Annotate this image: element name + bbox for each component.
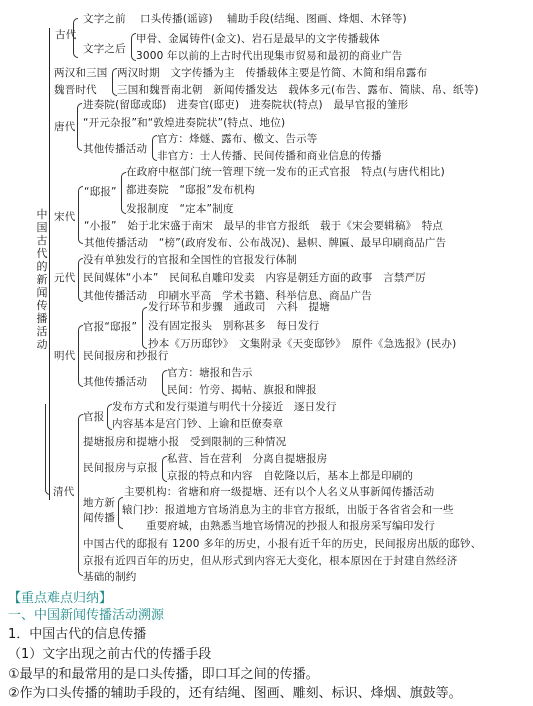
ming-label: 明代 [54, 350, 75, 363]
hanwei-label: 两汉和三国 [54, 67, 108, 80]
qing-summary-line: 京报有近四百年的历史，但从形式到内容无大变化，根本原因在于封建自然经济 [83, 555, 458, 568]
yuan-item: 没有单独发行的官报和全国性的官报发行体制 [83, 254, 297, 267]
ming-minjian: 民间报房和抄报行 [83, 350, 169, 363]
notes-heading: 【重点难点归纳】 [8, 590, 112, 608]
yuan-item: 民间媒体“小本” 民间私自雕印发卖 内容是朝廷方面的政事 言禁严厉 [83, 272, 426, 285]
ming-other-label: 其他传播活动 [83, 376, 147, 389]
qing-label: 清代 [53, 486, 74, 499]
song-dibao-item: 都进奏院 “邸报”发布机构 [126, 184, 255, 197]
ming-other-item: 官方：塘报和告示 [167, 367, 253, 380]
tang-bracket [77, 103, 82, 151]
qing-summary-line: 中国古代的邸报有 1200 多年的历史，小报有近千年的历史，民间报房出版的邸钞、 [83, 538, 481, 551]
tang-other-item: 非官方：士人传播、民间传播和商业信息的传播 [157, 150, 382, 163]
tang-other-label: 其他传播活动 [83, 143, 147, 156]
hanwei-label: 魏晋时代 [54, 84, 97, 97]
song-xiaobao: “小报” 始于北宋盛于南宋 最早的非官方报纸 载于《宋会要辑稿》 特点 [84, 220, 443, 233]
sub-subsection-title: （1）文字出现之前古代的传播手段 [8, 646, 211, 664]
song-bracket [78, 186, 83, 244]
qing-difang-item: 重要府城，由熟悉当地官场情况的抄报人和报房采写编印发行 [146, 520, 435, 533]
qing-difang-item: 主要机构：省塘和府一级提塘、还有以个人名义从事新闻传播活动 [124, 486, 434, 499]
qing-difang-label: 闻传播 [83, 512, 115, 525]
ming-dibao-label: 官报“邸报” [83, 321, 137, 334]
tang-item: 进奏院(留邸或邸) 进奏官(邸吏) 进奏院状(特点) 最早官报的雏形 [83, 99, 408, 112]
song-label: 宋代 [54, 211, 75, 224]
gudai-after-item: 甲骨、金属铸件(金文)、岩石是最早的文字传播载体 [136, 33, 380, 46]
qing-minjian-item: 私营、旨在营利 分离自提塘报房 [167, 453, 328, 466]
ming-dibao-item: 抄本《万历邸钞》 文集附录《天变邸钞》 原件《急选报》(民办) [148, 338, 456, 351]
gudai-after-item: 3000 年以前的上古时代出现集市贸易和最初的商业广告 [136, 50, 402, 63]
song-dibao-item: 发报制度 “定本”制度 [126, 203, 234, 216]
gudai-label: 古代 [55, 29, 76, 42]
song-other: 其他传播活动 “榜”(政府发布、公布战况)、悬帜、牌匾、最早印刷商品广告 [84, 237, 446, 250]
qing-guanbao-label: 官报 [83, 411, 104, 424]
yuan-label: 元代 [54, 272, 75, 285]
song-dibao-label: “邸报” [84, 186, 117, 199]
gudai-before-label: 文字之前 [83, 13, 126, 26]
qing-guanbao-item: 内容基本是宫门钞、上谕和臣僚奏章 [112, 418, 283, 431]
ming-other-item: 民间：竹旁、揭帖、旗报和牌报 [167, 384, 317, 397]
qing-guanbao-item: 发布方式和发行渠道与明代十分接近 逐日发行 [112, 401, 337, 414]
qing-difang-label: 地方新 [83, 497, 115, 510]
ming-dibao-item: 发行环节和步骤 通政司 六科 提塘 [148, 301, 330, 314]
ming-dibao-bracket [142, 307, 147, 349]
qing-minjian-item: 京报的特点和内容 自乾隆以后，基本上都是印刷的 [167, 470, 413, 483]
qing-summary-line: 基础的制约 [83, 571, 137, 584]
tang-other-item: 官方：烽燧、露布、檄文、告示等 [157, 133, 318, 146]
gudai-before-text: 口头传播(谣谚) 辅助手段(结绳、图画、烽烟、木铎等) [140, 13, 407, 26]
point-item: ②作为口头传播的辅助手段的，还有结绳、图画、雕刻、标识、烽烟、旗鼓等。 [8, 685, 462, 703]
qing-minjian-label: 民间报房与京报 [83, 462, 158, 475]
song-dibao-item: 在政府中枢部门统一管理下统一发布的正式官报 特点(与唐代相比) [126, 166, 445, 179]
section-title: 一、中国新闻传播活动溯源 [8, 607, 164, 625]
point-item: ①最早的和最常用的是口头传播，即口耳之间的传播。 [8, 666, 319, 684]
tang-item: “开元杂报”和“敦煌进奏院状”(特点、地位) [83, 117, 285, 130]
root-label: 中国古代的新闻传播活动 [36, 208, 48, 351]
ming-dibao-item: 没有固定报头 别称甚多 每日发行 [148, 320, 319, 333]
hanwei-item: 三国和魏晋南北朝 新闻传播发达 载体多元(布告、露布、简牍、帛、纸等) [117, 84, 479, 97]
qing-outer-bracket [45, 404, 50, 495]
subsection-title: 1．中国古代的信息传播 [8, 626, 146, 644]
hanwei-item: 两汉时期 文字传播为主 传播载体主要是竹简、木简和绢帛露布 [117, 67, 427, 80]
tang-label: 唐代 [54, 121, 75, 134]
qing-titang: 提塘报房和提塘小报 受到限制的三种情况 [83, 436, 286, 449]
gudai-after-label: 文字之后 [83, 43, 126, 56]
qing-difang-item: 辕门抄：报道地方官场消息为主的非官方报纸，出版于各省省会和一些 [122, 504, 454, 517]
